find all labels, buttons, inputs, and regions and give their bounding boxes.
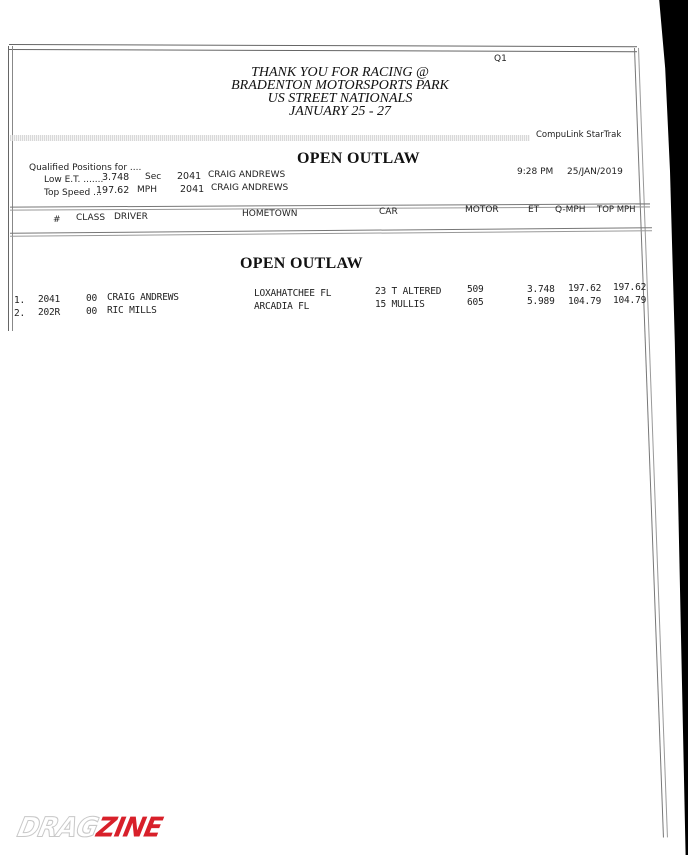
frame-border-top xyxy=(9,44,637,52)
header-rule-top xyxy=(10,203,650,210)
page-code: Q1 xyxy=(494,54,507,64)
logo-part-zine: ZINE xyxy=(94,812,165,844)
low-et-driver: CRAIG ANDREWS xyxy=(208,170,285,180)
row-et: 3.748 xyxy=(527,284,555,295)
row-class: 00 xyxy=(86,293,97,304)
row-car-number: 2041 xyxy=(38,294,60,305)
row-hometown: LOXAHATCHEE FL xyxy=(254,288,331,299)
system-name: CompuLink StarTrak xyxy=(536,130,621,140)
row-car: 23 T ALTERED xyxy=(375,286,441,297)
col-number: # xyxy=(53,215,61,225)
row-top-mph: 197.62 xyxy=(613,282,646,293)
row-top-mph: 104.79 xyxy=(613,295,646,306)
col-q-mph: Q-MPH xyxy=(555,205,586,215)
row-motor: 605 xyxy=(467,297,484,308)
section-title: OPEN OUTLAW xyxy=(240,255,363,273)
low-et-value: 3.748 xyxy=(102,172,129,183)
report-time: 9:28 PM xyxy=(517,167,553,177)
row-driver: RIC MILLS xyxy=(107,305,157,316)
col-class: CLASS xyxy=(76,213,105,223)
dither-bar xyxy=(10,135,530,141)
logo-part-drag: DRAG xyxy=(15,812,101,844)
top-speed-value: 197.62 xyxy=(96,185,129,196)
row-car-number: 202R xyxy=(38,307,60,318)
frame-border-left xyxy=(8,46,13,331)
row-class: 00 xyxy=(86,306,97,317)
header-rule-bottom xyxy=(10,227,652,237)
row-position: 2. xyxy=(14,308,25,319)
top-speed-driver: CRAIG ANDREWS xyxy=(211,183,288,193)
col-top-mph: TOP MPH xyxy=(597,205,636,215)
row-car: 15 MULLIS xyxy=(375,299,425,310)
low-et-car: 2041 xyxy=(177,171,201,182)
top-speed-car: 2041 xyxy=(180,184,204,195)
col-et: ET xyxy=(528,205,539,215)
row-position: 1. xyxy=(14,295,25,306)
row-et: 5.989 xyxy=(527,296,555,307)
row-q-mph: 104.79 xyxy=(568,296,601,307)
low-et-label: Low E.T. ....... xyxy=(44,175,103,185)
col-car: CAR xyxy=(379,207,398,217)
col-driver: DRIVER xyxy=(114,212,148,222)
dragzine-logo: DRAGZINE xyxy=(15,812,165,844)
col-hometown: HOMETOWN xyxy=(242,209,298,219)
report-date: 25/JAN/2019 xyxy=(567,167,623,177)
low-et-unit: Sec xyxy=(145,172,161,182)
row-q-mph: 197.62 xyxy=(568,283,601,294)
row-driver: CRAIG ANDREWS xyxy=(107,292,179,303)
row-motor: 509 xyxy=(467,284,484,295)
row-hometown: ARCADIA FL xyxy=(254,301,309,312)
class-title: OPEN OUTLAW xyxy=(297,150,420,168)
top-speed-label: Top Speed ... xyxy=(44,188,102,198)
event-title: THANK YOU FOR RACING @ BRADENTON MOTORSP… xyxy=(200,66,480,118)
col-motor: MOTOR xyxy=(465,205,499,215)
title-line: JANUARY 25 - 27 xyxy=(200,105,480,118)
frame-border-right xyxy=(634,48,668,838)
top-speed-unit: MPH xyxy=(137,185,157,195)
